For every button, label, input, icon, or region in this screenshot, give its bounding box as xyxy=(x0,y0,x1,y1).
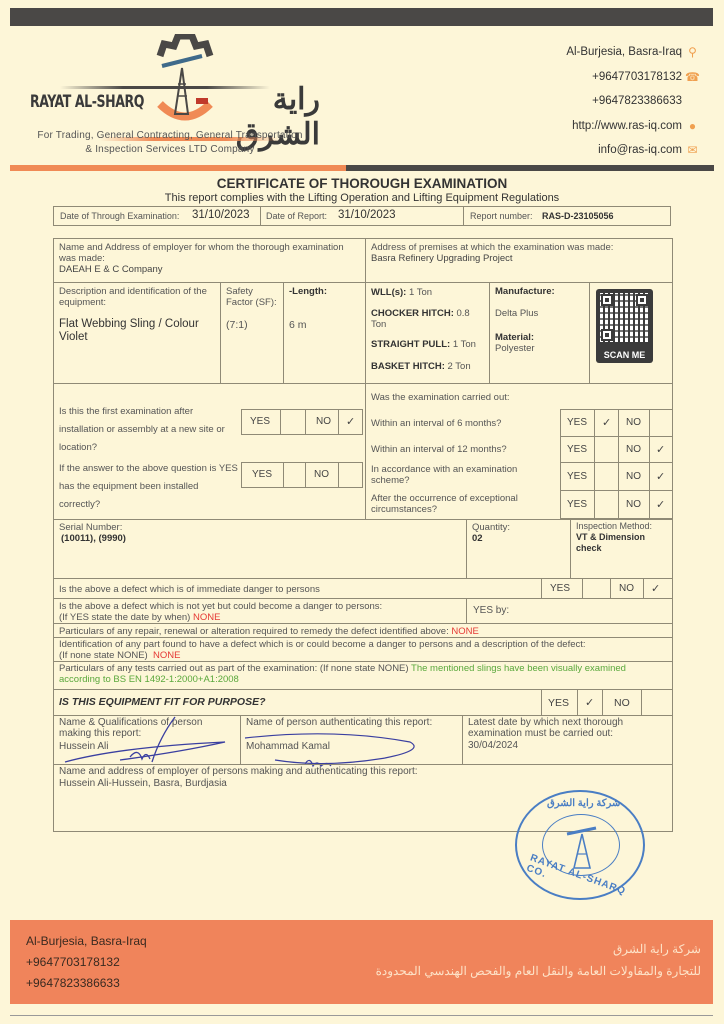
contact-phone-2[interactable]: +9647823386633 xyxy=(566,89,699,114)
future-danger-value: NONE xyxy=(193,612,220,623)
telephone-icon: ☎ xyxy=(686,70,699,83)
website-link[interactable]: http://www.ras-iq.com xyxy=(572,120,682,132)
wll-value: 1 Ton xyxy=(409,287,432,298)
inspection-method-label: Inspection Method: xyxy=(576,521,652,532)
grid-line xyxy=(53,598,673,599)
future-danger-sub-label: (If YES state the date by when) xyxy=(59,612,190,623)
first-exam-no[interactable]: NO xyxy=(316,416,331,427)
basket-value: 2 Ton xyxy=(448,361,471,372)
material-label: Material: xyxy=(495,332,534,343)
authenticator-value: Mohammad Kamal xyxy=(246,741,330,752)
equipment-desc-label: Description and identification of the eq… xyxy=(59,286,217,308)
grid-line xyxy=(577,689,578,715)
email-link[interactable]: info@ras-iq.com xyxy=(598,144,682,156)
manufacture-label: Manufacture: xyxy=(495,286,555,297)
grid-line xyxy=(582,578,583,598)
report-date-value: 31/10/2023 xyxy=(338,209,396,221)
exceptional-yes[interactable]: YES xyxy=(567,499,587,510)
scan-me-label: SCAN ME xyxy=(596,350,653,360)
header-divider-dark xyxy=(346,165,714,171)
oil-pump-gear-icon xyxy=(150,34,220,124)
check-mark-icon: ✓ xyxy=(585,696,594,709)
check-mark-icon: ✓ xyxy=(651,582,660,595)
company-tagline: For Trading, General Contracting, Genera… xyxy=(20,129,320,157)
footer-phone-1[interactable]: +9647703178132 xyxy=(26,952,147,973)
footer-arabic-line-2: للتجارة والمقاولات العامة والنقل العام و… xyxy=(376,960,701,982)
interval-12-no[interactable]: NO xyxy=(626,444,641,455)
exam-scheme-no[interactable]: NO xyxy=(626,471,641,482)
footer-arabic-line-1: شركة راية الشرق xyxy=(376,938,701,960)
manufacture-value: Delta Plus xyxy=(495,308,538,319)
grid-line xyxy=(53,578,673,579)
contact-website[interactable]: http://www.ras-iq.com● xyxy=(566,114,699,139)
immediate-danger-no[interactable]: NO xyxy=(619,583,634,594)
immediate-danger-question: Is the above a defect which is of immedi… xyxy=(59,584,320,595)
grid-line xyxy=(594,409,595,519)
grid-line xyxy=(541,689,542,715)
grid-line xyxy=(618,409,619,519)
repair-value: NONE xyxy=(451,626,478,637)
grid-line xyxy=(260,206,261,226)
grid-line xyxy=(53,715,673,716)
grid-line xyxy=(462,715,463,764)
future-danger-sub: (If YES state the date by when) NONE xyxy=(59,612,220,623)
check-mark-icon: ✓ xyxy=(602,416,611,429)
employer-of-persons-value: Hussein Ali-Hussein, Basra, Burdjasia xyxy=(59,778,227,789)
check-mark-icon: ✓ xyxy=(656,498,665,511)
grid-line xyxy=(280,409,281,435)
installed-yes[interactable]: YES xyxy=(252,469,272,480)
report-date-label: Date of Report: xyxy=(266,211,327,222)
installed-correctly-question: If the answer to the above question is Y… xyxy=(59,460,239,514)
grid-line xyxy=(240,715,241,764)
grid-line xyxy=(649,409,650,519)
stamp-arabic-text: شركة راية الشرق xyxy=(547,798,620,809)
basket-label: BASKET HITCH: xyxy=(371,361,445,372)
employer-of-persons-label: Name and address of employer of persons … xyxy=(59,766,418,777)
grid-line xyxy=(589,282,590,383)
grid-line xyxy=(53,689,673,690)
footer-phone-2[interactable]: +9647823386633 xyxy=(26,973,147,994)
grid-line xyxy=(365,238,366,519)
grid-line xyxy=(53,623,673,624)
grid-line xyxy=(641,689,642,715)
contact-email[interactable]: info@ras-iq.com✉ xyxy=(566,138,699,163)
grid-line xyxy=(283,282,284,383)
grid-line xyxy=(463,206,464,226)
grid-line xyxy=(560,490,673,491)
straight-value: 1 Ton xyxy=(453,339,476,350)
certificate-subtitle: This report complies with the Lifting Op… xyxy=(0,192,724,204)
interval-12-question: Within an interval of 12 months? xyxy=(371,444,507,455)
report-maker-label: Name & Qualifications of person making t… xyxy=(59,717,234,739)
tests-row: Particulars of any tests carried out as … xyxy=(59,663,669,685)
quantity-label: Quantity: xyxy=(472,522,510,533)
tests-label: Particulars of any tests carried out as … xyxy=(59,663,409,674)
check-mark-icon: ✓ xyxy=(656,443,665,456)
part-defect-value: NONE xyxy=(153,650,180,661)
footer-arabic-name: شركة راية الشرق للتجارة والمقاولات العام… xyxy=(376,938,701,982)
grid-line xyxy=(338,462,339,488)
certificate-title: CERTIFICATE OF THOROUGH EXAMINATION xyxy=(0,176,724,191)
globe-icon: ● xyxy=(686,119,699,132)
choker-row: CHOCKER HITCH: 0.8 Ton xyxy=(371,308,481,330)
grid-line xyxy=(541,578,542,598)
exam-date-label: Date of Through Examination: xyxy=(60,211,179,222)
grid-line xyxy=(53,637,673,638)
repair-label: Particulars of any repair, renewal or al… xyxy=(59,626,449,637)
grid-line xyxy=(560,462,673,463)
header-divider-orange xyxy=(10,165,346,171)
choker-label: CHOCKER HITCH: xyxy=(371,308,454,319)
grid-line xyxy=(338,409,339,435)
next-exam-date: 30/04/2024 xyxy=(468,740,518,751)
interval-6-yes[interactable]: YES xyxy=(567,417,587,428)
premises-label: Address of premises at which the examina… xyxy=(371,242,613,253)
authenticator-label: Name of person authenticating this repor… xyxy=(246,717,432,728)
straight-label: STRAIGHT PULL: xyxy=(371,339,450,350)
logo-english-name: RAYAT AL-SHARQ xyxy=(30,92,144,112)
safety-factor-label: Safety Factor (SF): xyxy=(226,286,281,308)
fit-no[interactable]: NO xyxy=(614,697,630,709)
length-label: -Length: xyxy=(289,286,327,297)
fit-for-purpose-question: IS THIS EQUIPMENT FIT FOR PURPOSE? xyxy=(59,696,266,708)
installed-no[interactable]: NO xyxy=(314,469,329,480)
wll-row: WLL(s): 1 Ton xyxy=(371,287,432,298)
premises-value: Basra Refinery Upgrading Project xyxy=(371,253,513,264)
quantity-value: 02 xyxy=(472,533,483,544)
phone-1-text[interactable]: +9647703178132 xyxy=(592,71,682,83)
grid-line xyxy=(220,282,221,383)
qr-code[interactable]: SCAN ME xyxy=(596,289,653,363)
grid-line xyxy=(283,462,284,488)
exceptional-question: After the occurrence of exceptional circ… xyxy=(371,493,546,515)
grid-line xyxy=(570,519,571,578)
grid-line xyxy=(489,282,490,383)
footer-address: Al-Burjesia, Basra-Iraq xyxy=(26,931,147,952)
location-pin-icon: ⚲ xyxy=(686,46,699,59)
grid-line xyxy=(466,598,467,623)
immediate-danger-yes[interactable]: YES xyxy=(550,583,570,594)
interval-6-question: Within an interval of 6 months? xyxy=(371,418,501,429)
exam-scheme-question: In accordance with an examination scheme… xyxy=(371,464,546,486)
grid-line xyxy=(305,462,306,488)
report-number-value: RAS-D-23105056 xyxy=(542,210,614,222)
check-mark-icon: ✓ xyxy=(346,415,355,428)
grid-line xyxy=(610,578,611,598)
grid-line xyxy=(53,383,673,384)
equipment-desc-value: Flat Webbing Sling / Colour Violet xyxy=(59,318,217,344)
oil-pump-icon xyxy=(562,824,602,869)
contact-address: Al-Burjesia, Basra-Iraq⚲ xyxy=(566,40,699,65)
straight-row: STRAIGHT PULL: 1 Ton xyxy=(371,339,476,350)
next-exam-label: Latest date by which next thorough exami… xyxy=(468,717,668,739)
grid-line xyxy=(53,282,673,283)
material-value: Polyester xyxy=(495,343,535,354)
report-maker-value: Hussein Ali xyxy=(59,741,108,752)
exceptional-no[interactable]: NO xyxy=(626,499,641,510)
part-defect-sub-label: (If none state NONE) xyxy=(59,650,148,661)
employer-label: Name and Address of employer for whom th… xyxy=(59,242,359,264)
company-stamp: شركة راية الشرق RAYAT AL-SHARQ CO. xyxy=(515,790,645,900)
report-number-label: Report number: xyxy=(470,211,533,222)
yes-by-label: YES by: xyxy=(473,605,509,616)
future-danger-question: Is the above a defect which is not yet b… xyxy=(59,601,382,612)
interval-12-yes[interactable]: YES xyxy=(567,444,587,455)
grid-line xyxy=(53,661,673,662)
check-mark-icon: ✓ xyxy=(656,470,665,483)
qr-pattern xyxy=(600,293,649,342)
fit-yes[interactable]: YES xyxy=(548,697,569,709)
was-exam-heading: Was the examination carried out: xyxy=(371,392,510,403)
wll-label: WLL(s): xyxy=(371,287,406,298)
tagline-line-1: For Trading, General Contracting, Genera… xyxy=(20,129,320,143)
serial-label: Serial Number: xyxy=(59,522,122,533)
grid-line xyxy=(602,689,603,715)
footer-contact: Al-Burjesia, Basra-Iraq +9647703178132 +… xyxy=(26,931,147,994)
length-value: 6 m xyxy=(289,320,307,331)
address-text: Al-Burjesia, Basra-Iraq xyxy=(566,46,682,58)
mail-icon: ✉ xyxy=(686,144,699,157)
exam-scheme-yes[interactable]: YES xyxy=(567,471,587,482)
grid-line xyxy=(53,764,673,765)
part-defect-label: Identification of any part found to have… xyxy=(59,639,586,650)
grid-line xyxy=(466,519,467,578)
phone-2-text[interactable]: +9647823386633 xyxy=(592,95,682,107)
serial-value: (10011), (9990) xyxy=(61,533,126,544)
inspection-method-value: VT & Dimension check xyxy=(576,532,666,554)
repair-row: Particulars of any repair, renewal or al… xyxy=(59,626,479,637)
first-exam-question: Is this the first examination after inst… xyxy=(59,403,239,457)
footer-banner: Al-Burjesia, Basra-Iraq +9647703178132 +… xyxy=(10,920,713,1004)
first-exam-yes[interactable]: YES xyxy=(250,416,270,427)
part-defect-sub: (If none state NONE) NONE xyxy=(59,650,180,661)
basket-row: BASKET HITCH: 2 Ton xyxy=(371,361,471,372)
safety-factor-value: (7:1) xyxy=(226,320,248,331)
contact-block: Al-Burjesia, Basra-Iraq⚲ +9647703178132☎… xyxy=(566,40,699,163)
grid-line xyxy=(560,436,673,437)
tagline-line-2: & Inspection Services LTD Company xyxy=(20,143,320,157)
grid-line xyxy=(643,578,644,598)
employer-value: DAEAH E & C Company xyxy=(59,264,162,275)
grid-line xyxy=(305,409,306,435)
header-top-bar xyxy=(10,8,713,26)
interval-6-no[interactable]: NO xyxy=(626,417,641,428)
exam-date-value: 31/10/2023 xyxy=(192,209,250,221)
bottom-rule xyxy=(10,1015,713,1016)
grid-line xyxy=(53,519,673,520)
contact-phone-1[interactable]: +9647703178132☎ xyxy=(566,65,699,90)
